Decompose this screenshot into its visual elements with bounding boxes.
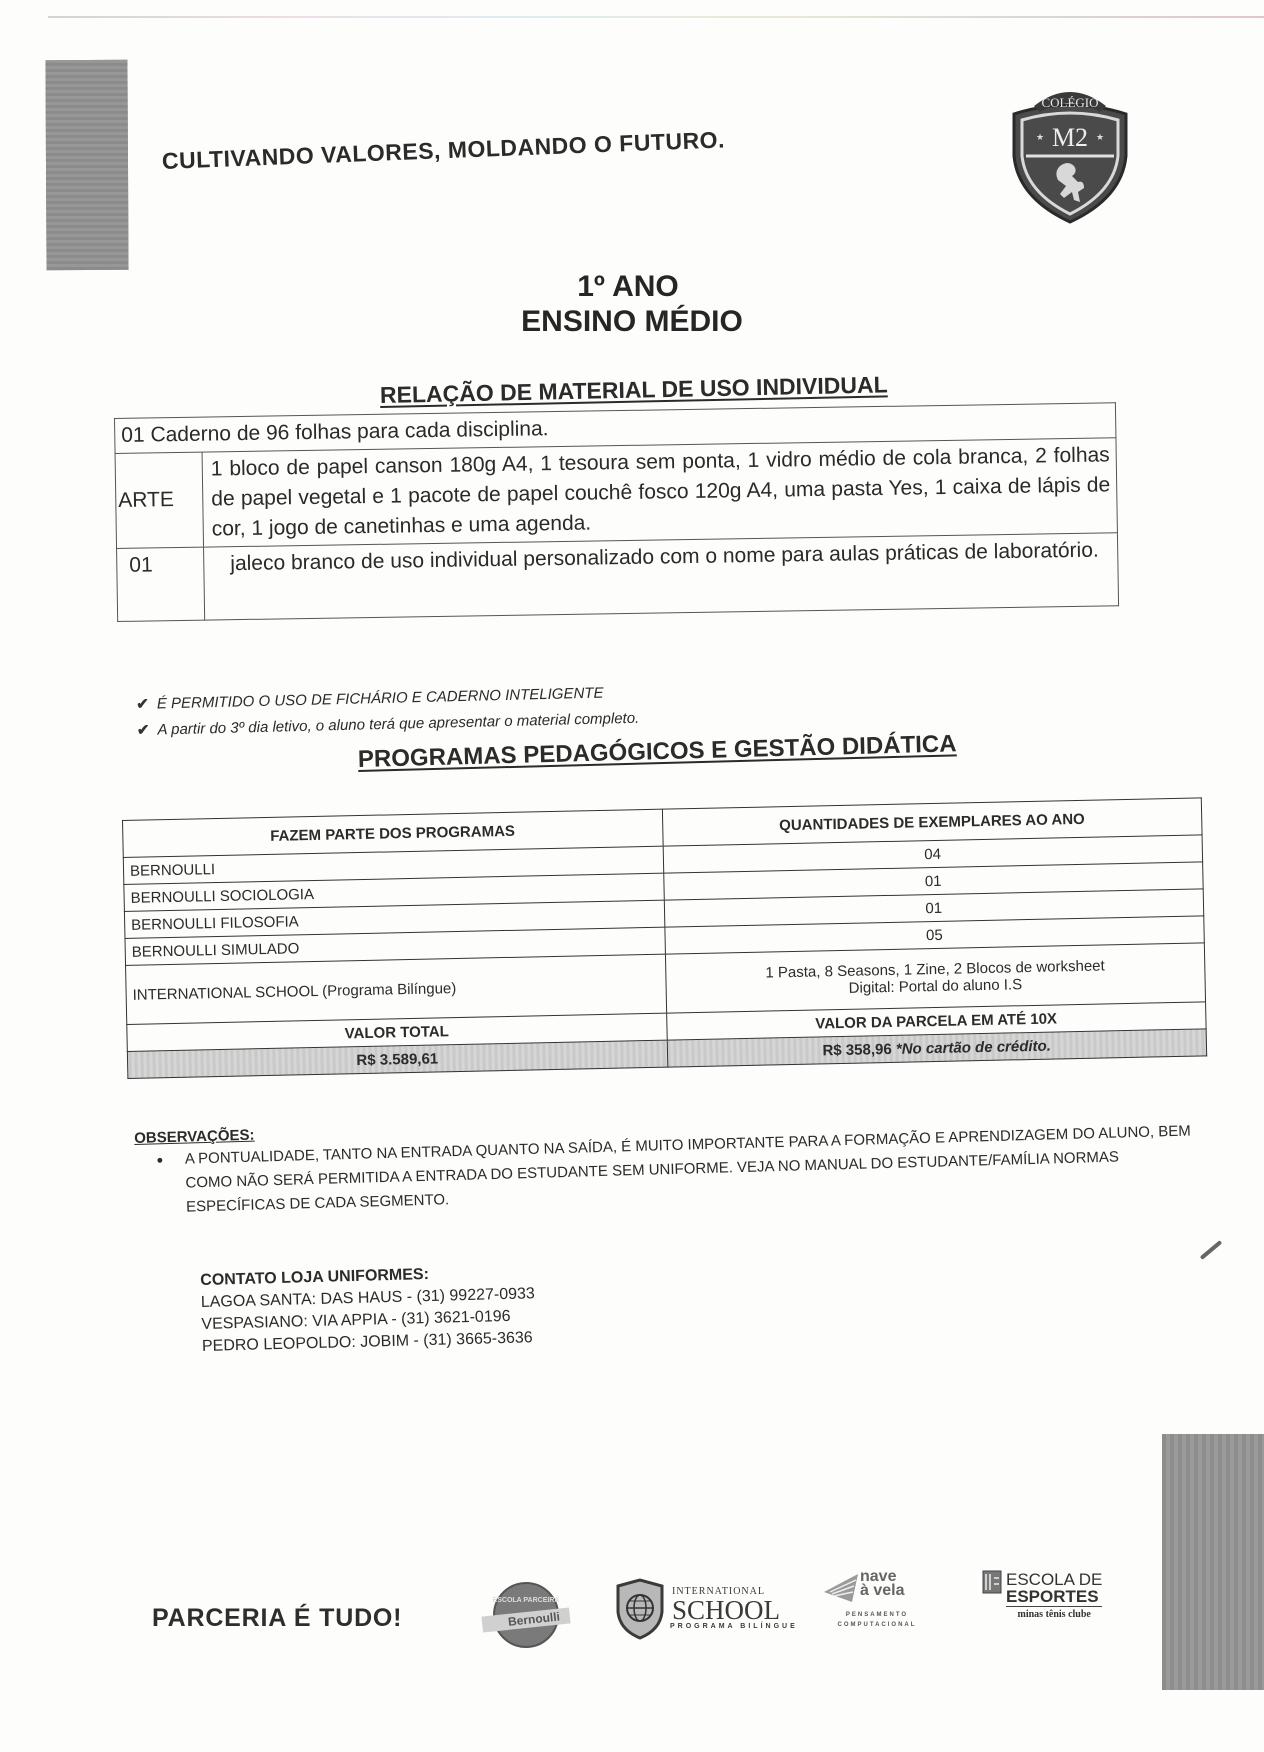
material-item-jaleco: jaleco branco de uso individual personal… (204, 533, 1119, 620)
esportes-line1: ESCOLA DE (1006, 1572, 1102, 1588)
material-notes: ✔É PERMITIDO O USO DE FICHÁRIO E CADERNO… (136, 680, 640, 744)
svg-text:M2: M2 (1052, 123, 1088, 152)
colegio-m2-crest-logo: COLÉGIO M2 ★ ★ (1004, 76, 1136, 226)
material-label-arte: ARTE (115, 452, 203, 548)
observations: OBSERVAÇÕES: • A PONTUALIDADE, TANTO NA … (134, 1100, 1196, 1221)
checkmark-icon: ✔ (137, 722, 150, 739)
programs-table: FAZEM PARTE DOS PROGRAMAS QUANTIDADES DE… (122, 797, 1207, 1079)
table-row: ARTE 1 bloco de papel canson 180g A4, 1 … (115, 438, 1117, 549)
material-item-arte: 1 bloco de papel canson 180g A4, 1 tesou… (202, 438, 1117, 547)
minas-crest-icon (982, 1570, 1002, 1594)
sail-icon (822, 1572, 862, 1608)
decorative-gray-bar-left (45, 60, 128, 270)
bernoulli-partner-logo: ESCOLA PARCEIRA Bernoulli (478, 1580, 574, 1650)
material-table: 01 Caderno de 96 folhas para cada discip… (114, 402, 1119, 622)
escola-de-esportes-logo: ESCOLA DE ESPORTES minas tênis clube (982, 1568, 1112, 1634)
scan-speck (1200, 1240, 1222, 1260)
svg-text:COLÉGIO: COLÉGIO (1041, 95, 1098, 110)
level-title: ENSINO MÉDIO (0, 305, 1264, 339)
nave-sub2: COMPUTACIONAL (822, 1620, 932, 1630)
international-school-logo: INTERNATIONAL SCHOOL PROGRAMA BILÍNGUE (614, 1578, 800, 1644)
bullet-icon: • (135, 1148, 187, 1221)
checkmark-icon: ✔ (136, 696, 149, 713)
decorative-gray-bar-right (1162, 1434, 1264, 1690)
nave-line2: à vela (860, 1584, 904, 1598)
table-row: 01 jaleco branco de uso individual perso… (117, 533, 1119, 622)
esportes-line2: ESPORTES (1006, 1588, 1102, 1607)
intl-line2: SCHOOL (672, 1597, 798, 1623)
scan-top-edge (48, 16, 1264, 18)
installment-value: R$ 358,96 (822, 1040, 892, 1058)
svg-text:★: ★ (1096, 132, 1104, 142)
svg-text:★: ★ (1036, 132, 1044, 142)
grade-title: 1º ANO (0, 270, 1260, 304)
material-section-heading: RELAÇÃO DE MATERIAL DE USO INDIVIDUAL (380, 371, 888, 409)
programs-section-heading: PROGRAMAS PEDAGÓGICOS E GESTÃO DIDÁTICA (358, 730, 957, 774)
school-tagline: CULTIVANDO VALORES, MOLDANDO O FUTURO. (161, 126, 725, 175)
svg-text:ESCOLA PARCEIRA: ESCOLA PARCEIRA (493, 1597, 560, 1604)
shield-globe-icon (614, 1578, 666, 1640)
nave-a-vela-logo: nave à vela PENSAMENTO COMPUTACIONAL (822, 1570, 932, 1636)
nave-sub1: PENSAMENTO (822, 1610, 932, 1620)
installment-note: *No cartão de crédito. (896, 1037, 1051, 1057)
footer-slogan: PARCERIA É TUDO! (152, 1604, 402, 1633)
material-label-qty: 01 (117, 547, 205, 621)
intl-line3: PROGRAMA BILÍNGUE (670, 1623, 798, 1630)
esportes-line3: minas tênis clube (1006, 1609, 1102, 1620)
uniform-store-contacts: CONTATO LOJA UNIFORMES: LAGOA SANTA: DAS… (200, 1261, 536, 1358)
